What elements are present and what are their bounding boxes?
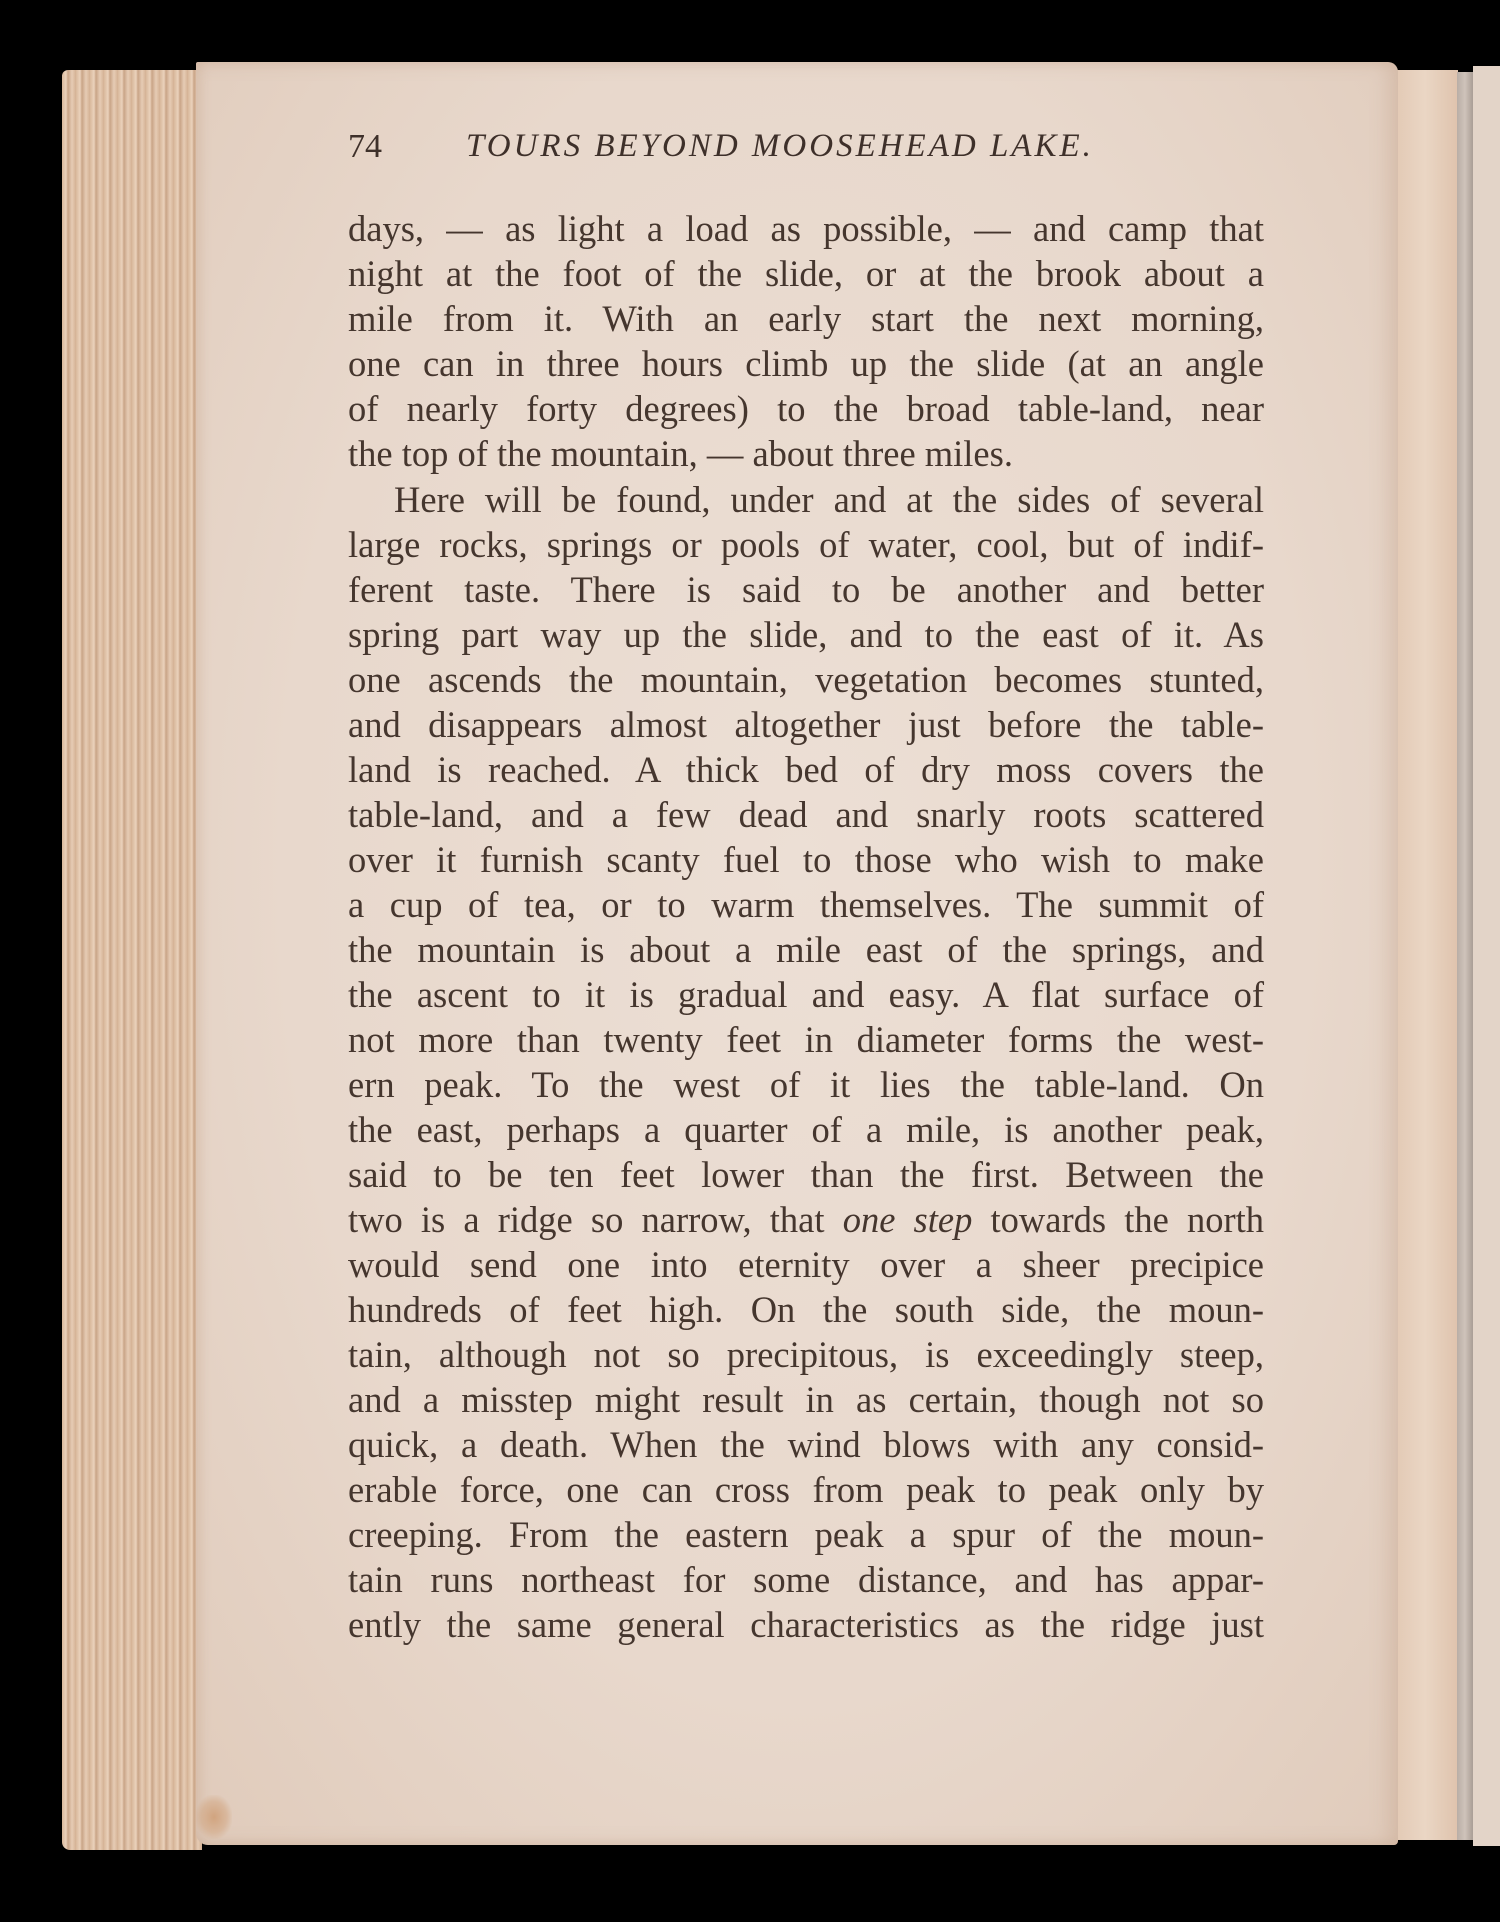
text-line: the ascent to it is gradual and easy. A …	[348, 972, 1264, 1017]
text-line: the mountain is about a mile east of the…	[348, 927, 1264, 972]
text-line: of nearly forty degrees) to the broad ta…	[348, 386, 1264, 431]
text-line: a cup of tea, or to warm themselves. The…	[348, 882, 1264, 927]
text-line: ently the same general characteristics a…	[348, 1602, 1264, 1647]
text-line: land is reached. A thick bed of dry moss…	[348, 747, 1264, 792]
text-line: and disappears almost altogether just be…	[348, 702, 1264, 747]
text-line: spring part way up the slide, and to the…	[348, 612, 1264, 657]
text-line: and a misstep might result in as certain…	[348, 1377, 1264, 1422]
text-line: tain runs northeast for some distance, a…	[348, 1557, 1264, 1602]
text-line-with-italic: two is a ridge so narrow, that one step …	[348, 1197, 1264, 1242]
page-number: 74	[348, 128, 382, 166]
text-line: large rocks, springs or pools of water, …	[348, 522, 1264, 567]
text-line: tain, although not so precipitous, is ex…	[348, 1332, 1264, 1377]
text-line: creeping. From the eastern peak a spur o…	[348, 1512, 1264, 1557]
binding-stripe	[1457, 72, 1473, 1840]
text-line: the east, perhaps a quarter of a mile, i…	[348, 1107, 1264, 1152]
text-line: quick, a death. When the wind blows with…	[348, 1422, 1264, 1467]
text-line: not more than twenty feet in diameter fo…	[348, 1017, 1264, 1062]
text-line: over it furnish scanty fuel to those who…	[348, 837, 1264, 882]
text-segment: two is a ridge so narrow, that	[348, 1199, 843, 1240]
text-line: night at the foot of the slide, or at th…	[348, 251, 1264, 296]
text-line: one can in three hours climb up the slid…	[348, 341, 1264, 386]
running-head-title: TOURS BEYOND MOOSEHEAD LAKE.	[466, 128, 1094, 165]
text-line: hundreds of feet high. On the south side…	[348, 1287, 1264, 1332]
text-line: ern peak. To the west of it lies the tab…	[348, 1062, 1264, 1107]
text-line: would send one into eternity over a shee…	[348, 1242, 1264, 1287]
paragraph-start-line: Here will be found, under and at the sid…	[348, 477, 1264, 522]
text-line: days, — as light a load as possible, — a…	[348, 206, 1264, 251]
facing-page-edge	[1473, 66, 1500, 1846]
text-line: said to be ten feet lower than the first…	[348, 1152, 1264, 1197]
foxing-stain	[196, 1795, 232, 1839]
text-line: erable force, one can cross from peak to…	[348, 1467, 1264, 1512]
text-line: the top of the mountain, — about three m…	[348, 431, 1264, 476]
italic-emphasis: one step	[843, 1199, 973, 1240]
text-line: table-land, and a few dead and snarly ro…	[348, 792, 1264, 837]
gutter	[1392, 70, 1458, 1840]
text-line: mile from it. With an early start the ne…	[348, 296, 1264, 341]
page-stack-edge	[62, 70, 202, 1850]
text-line: one ascends the mountain, vegetation bec…	[348, 657, 1264, 702]
running-head: 74 TOURS BEYOND MOOSEHEAD LAKE.	[348, 128, 1268, 172]
text-line: ferent taste. There is said to be anothe…	[348, 567, 1264, 612]
text-segment: towards the north	[972, 1199, 1264, 1240]
